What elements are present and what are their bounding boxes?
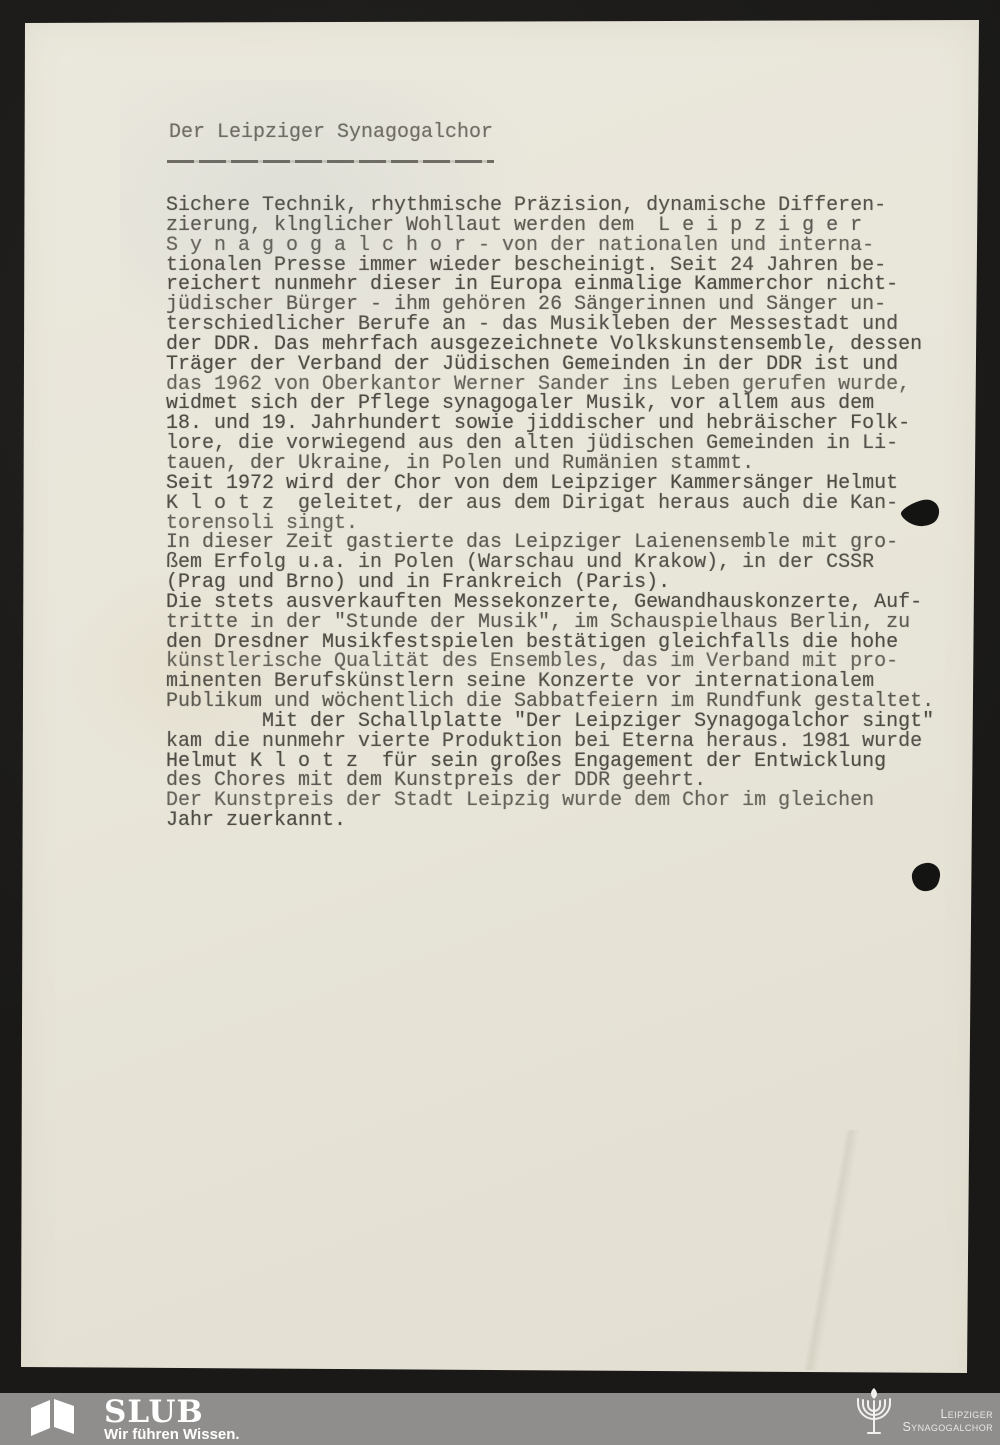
document-page: Der Leipziger Synagogalchor Sichere Tech…	[0, 0, 1000, 1445]
text-line: tauen, der Ukraine, in Polen und Rumänie…	[166, 454, 934, 474]
text-line: Mit der Schallplatte "Der Leipziger Syna…	[166, 712, 934, 732]
text-line: das 1962 von Oberkantor Werner Sander in…	[166, 375, 934, 395]
text-line: Die stets ausverkauften Messekonzerte, G…	[166, 593, 934, 613]
text-line: Der Kunstpreis der Stadt Leipzig wurde d…	[166, 791, 934, 811]
choir-logo: Leipziger Synagogalchor	[852, 1387, 993, 1442]
title-underline	[167, 160, 494, 163]
text-line: Seit 1972 wird der Chor von dem Leipzige…	[166, 474, 934, 494]
punch-hole-bottom	[906, 858, 948, 898]
slub-logo: SLUB Wir führen Wissen.	[28, 1397, 240, 1443]
viewer-footer-bar: SLUB Wir führen Wissen. Leipziger Synago…	[0, 1393, 1000, 1445]
text-line: zierung, klnglicher Wohllaut werden dem …	[166, 216, 934, 236]
slub-wordmark: SLUB	[104, 1397, 240, 1427]
paper-crease	[700, 1130, 960, 1370]
text-line: ßem Erfolg u.a. in Polen (Warschau und K…	[166, 553, 934, 573]
text-line: lore, die vorwiegend aus den alten jüdis…	[166, 434, 934, 454]
menorah-icon	[852, 1387, 896, 1441]
text-line: (Prag und Brno) und in Frankreich (Paris…	[166, 573, 934, 593]
page-title: Der Leipziger Synagogalchor	[169, 122, 493, 144]
text-line: S y n a g o g a l c h o r - von der nati…	[166, 236, 934, 256]
text-line: tionalen Presse immer wieder bescheinigt…	[166, 256, 934, 276]
text-line: kam die nunmehr vierte Produktion bei Et…	[166, 732, 934, 752]
text-line: Publikum und wöchentlich die Sabbatfeier…	[166, 692, 934, 712]
choir-logo-line2: Synagogalchor	[902, 1421, 993, 1434]
text-line: der DDR. Das mehrfach ausgezeichnete Vol…	[166, 335, 934, 355]
text-line: tritte in der "Stunde der Musik", im Sch…	[166, 613, 934, 633]
scan-background: Der Leipziger Synagogalchor Sichere Tech…	[0, 0, 1000, 1445]
text-line: Jahr zuerkannt.	[166, 811, 934, 831]
text-line: K l o t z geleitet, der aus dem Dirigat …	[166, 494, 934, 514]
book-icon	[28, 1397, 78, 1439]
typewritten-text: Sichere Technik, rhythmische Präzision, …	[166, 196, 934, 831]
text-line: Träger der Verband der Jüdischen Gemeind…	[166, 355, 934, 375]
text-line: Sichere Technik, rhythmische Präzision, …	[166, 196, 934, 216]
text-line: terschiedlicher Berufe an - das Musikleb…	[166, 315, 934, 335]
slub-tagline: Wir führen Wissen.	[104, 1427, 240, 1443]
